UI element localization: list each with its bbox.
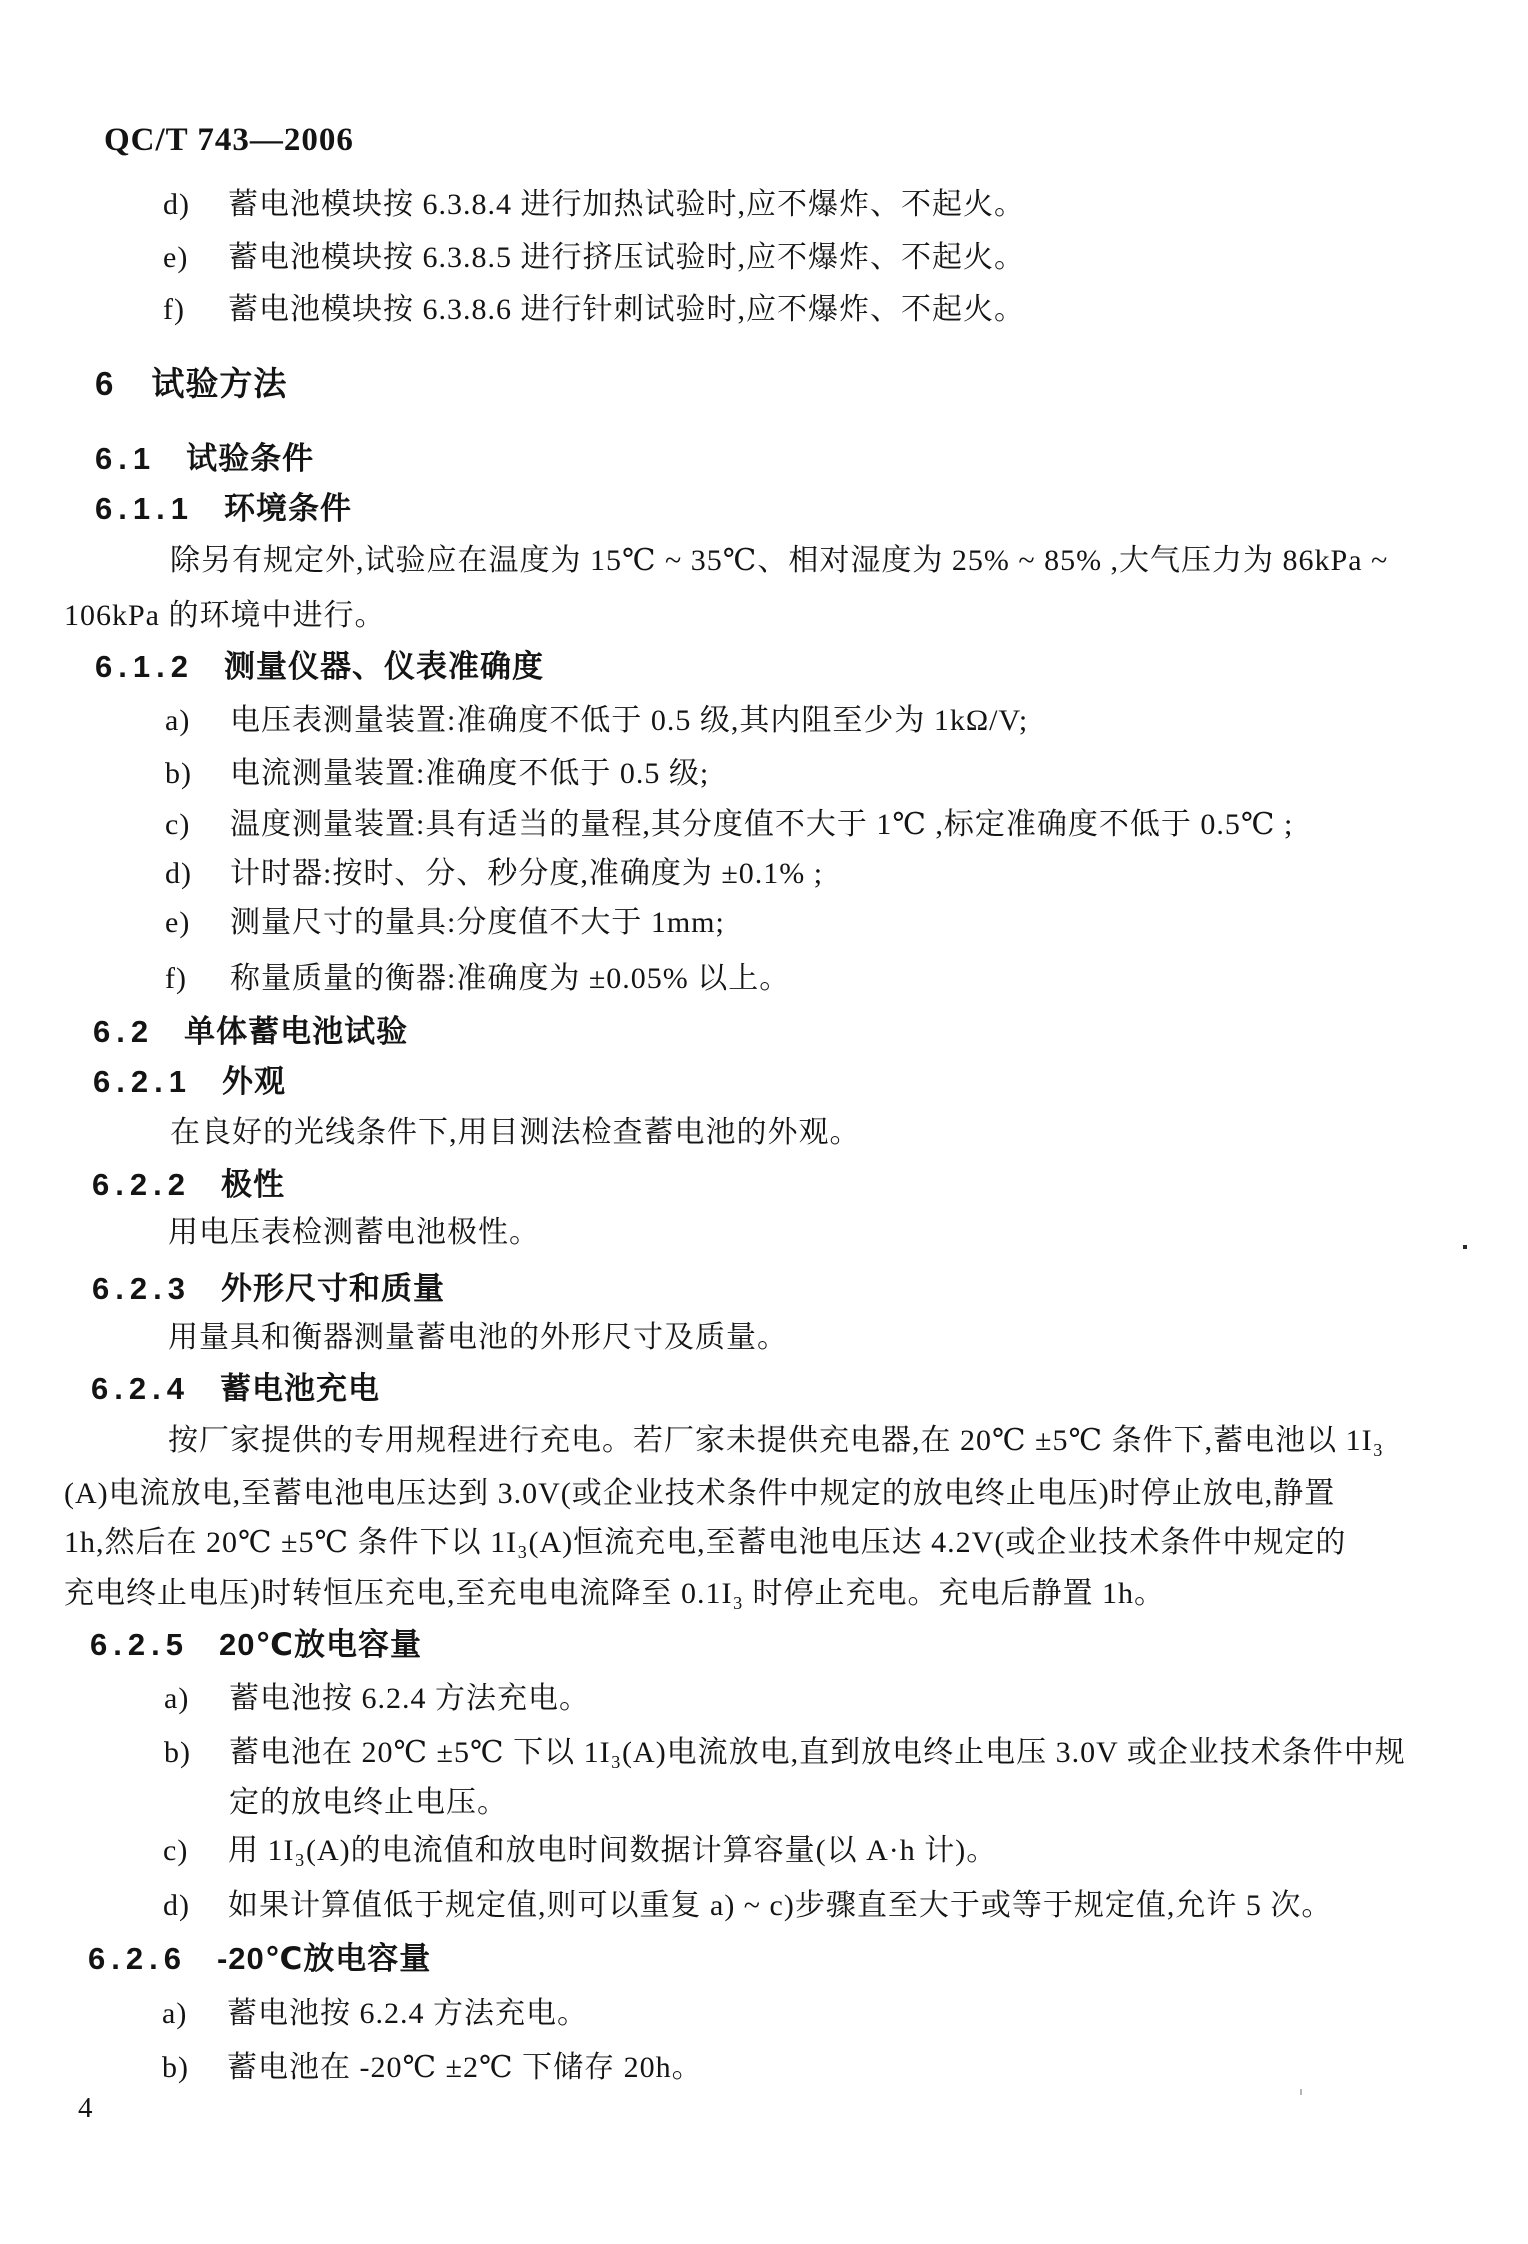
list-item-text: 蓄电池按 6.2.4 方法充电。 [227, 1997, 588, 2032]
section-title: 试验条件 [186, 441, 314, 476]
list-item-text: 用 1I₃(A)的电流值和放电时间数据计算容量(以 A·h 计)。 [228, 1834, 997, 1869]
section-title: 试验方法 [151, 365, 287, 402]
list-item-text: 蓄电池模块按 6.3.8.6 进行针刺试验时,应不爆炸、不起火。 [228, 293, 1025, 328]
section-title: 测量仪器、仪表准确度 [224, 649, 544, 684]
list-item-label: a) [164, 1682, 189, 1717]
section-number: 6.2.3 [92, 1271, 191, 1306]
list-item-label: a) [165, 704, 190, 739]
section-title: 蓄电池充电 [220, 1371, 380, 1406]
section-number: 6 [95, 365, 115, 402]
list-item-label: e) [165, 906, 190, 941]
list-item-label: b) [162, 2051, 189, 2086]
section-heading-6: 6试验方法 [95, 365, 287, 403]
paragraph-line: 106kPa 的环境中进行。 [64, 599, 386, 634]
list-item-text: 称量质量的衡器:准确度为 ±0.05% 以上。 [230, 962, 790, 997]
scan-speck [1300, 2089, 1302, 2095]
paragraph-line: 除另有规定外,试验应在温度为 15℃ ~ 35℃、相对湿度为 25% ~ 85%… [170, 544, 1388, 579]
section-number: 6.1.2 [95, 649, 194, 684]
list-item-label: e) [163, 241, 188, 276]
list-item-label: f) [163, 293, 185, 328]
section-heading-6-1: 6.1试验条件 [95, 441, 314, 477]
section-number: 6.1 [95, 441, 156, 476]
section-number: 6.2.6 [88, 1941, 187, 1976]
list-item-text: 计时器:按时、分、秒分度,准确度为 ±0.1% ; [230, 857, 823, 892]
section-number: 6.2.5 [90, 1627, 189, 1662]
list-item-text: 电流测量装置:准确度不低于 0.5 级; [230, 757, 709, 792]
section-heading-6-2-2: 6.2.2极性 [92, 1167, 285, 1203]
paragraph-line: 充电终止电压)时转恒压充电,至充电电流降至 0.1I₃ 时停止充电。充电后静置 … [64, 1577, 1165, 1612]
doc-number-header: QC/T 743—2006 [104, 122, 354, 160]
section-number: 6.2.2 [92, 1167, 191, 1202]
list-item-label: b) [165, 757, 192, 792]
paragraph-line: 在良好的光线条件下,用目测法检查蓄电池的外观。 [170, 1116, 861, 1151]
paragraph-line: 1h,然后在 20℃ ±5℃ 条件下以 1I₃(A)恒流充电,至蓄电池电压达 4… [64, 1526, 1346, 1561]
section-title: 外形尺寸和质量 [221, 1271, 445, 1306]
page-number: 4 [78, 2092, 94, 2125]
section-heading-6-2-4: 6.2.4蓄电池充电 [91, 1371, 380, 1407]
list-item-label: a) [162, 1997, 187, 2032]
section-title: 极性 [221, 1167, 285, 1202]
section-heading-6-2-3: 6.2.3外形尺寸和质量 [92, 1271, 445, 1307]
section-heading-6-1-2: 6.1.2测量仪器、仪表准确度 [95, 649, 544, 685]
list-item-text: 蓄电池模块按 6.3.8.5 进行挤压试验时,应不爆炸、不起火。 [228, 241, 1025, 276]
list-item-label: d) [165, 857, 192, 892]
section-heading-6-2-5: 6.2.520℃放电容量 [90, 1627, 422, 1663]
list-item-text: 如果计算值低于规定值,则可以重复 a) ~ c)步骤直至大于或等于规定值,允许 … [228, 1889, 1332, 1924]
section-title: 环境条件 [224, 491, 352, 526]
scan-speck [1463, 1245, 1467, 1249]
section-heading-6-2-6: 6.2.6-20℃放电容量 [88, 1941, 431, 1977]
list-item-text: 蓄电池在 20℃ ±5℃ 下以 1I₃(A)电流放电,直到放电终止电压 3.0V… [229, 1736, 1406, 1771]
paragraph-line: (A)电流放电,至蓄电池电压达到 3.0V(或企业技术条件中规定的放电终止电压)… [64, 1477, 1335, 1512]
section-heading-6-2-1: 6.2.1外观 [93, 1064, 286, 1100]
list-item-text: 电压表测量装置:准确度不低于 0.5 级,其内阻至少为 1kΩ/V; [230, 704, 1028, 739]
list-item-label: c) [163, 1834, 188, 1869]
list-item-text: 温度测量装置:具有适当的量程,其分度值不大于 1℃ ,标定准确度不低于 0.5℃… [230, 808, 1293, 843]
list-item-text: 蓄电池按 6.2.4 方法充电。 [229, 1682, 590, 1717]
list-item-label: b) [164, 1736, 191, 1771]
section-number: 6.1.1 [95, 491, 194, 526]
list-item-label: d) [163, 188, 190, 223]
list-item-text: 测量尺寸的量具:分度值不大于 1mm; [230, 906, 725, 941]
paragraph-line: 用电压表检测蓄电池极性。 [168, 1216, 540, 1251]
section-heading-6-2: 6.2单体蓄电池试验 [93, 1014, 408, 1050]
section-title: 20℃放电容量 [219, 1627, 422, 1662]
list-item-label: d) [163, 1889, 190, 1924]
paragraph-line: 用量具和衡器测量蓄电池的外形尺寸及质量。 [168, 1321, 788, 1356]
section-number: 6.2.4 [91, 1371, 190, 1406]
section-number: 6.2.1 [93, 1064, 192, 1099]
list-item-text: 蓄电池模块按 6.3.8.4 进行加热试验时,应不爆炸、不起火。 [228, 188, 1025, 223]
list-item-label: f) [165, 962, 187, 997]
list-item-label: c) [165, 808, 190, 843]
paragraph-line: 按厂家提供的专用规程进行充电。若厂家未提供充电器,在 20℃ ±5℃ 条件下,蓄… [168, 1424, 1384, 1459]
section-number: 6.2 [93, 1014, 154, 1049]
list-item-text: 定的放电终止电压。 [229, 1786, 508, 1821]
section-title: 单体蓄电池试验 [184, 1014, 408, 1049]
section-title: -20℃放电容量 [217, 1941, 431, 1976]
section-heading-6-1-1: 6.1.1环境条件 [95, 491, 352, 527]
list-item-text: 蓄电池在 -20℃ ±2℃ 下储存 20h。 [227, 2051, 703, 2086]
document-page: QC/T 743—2006 d) 蓄电池模块按 6.3.8.4 进行加热试验时,… [0, 0, 1528, 2244]
section-title: 外观 [222, 1064, 286, 1099]
